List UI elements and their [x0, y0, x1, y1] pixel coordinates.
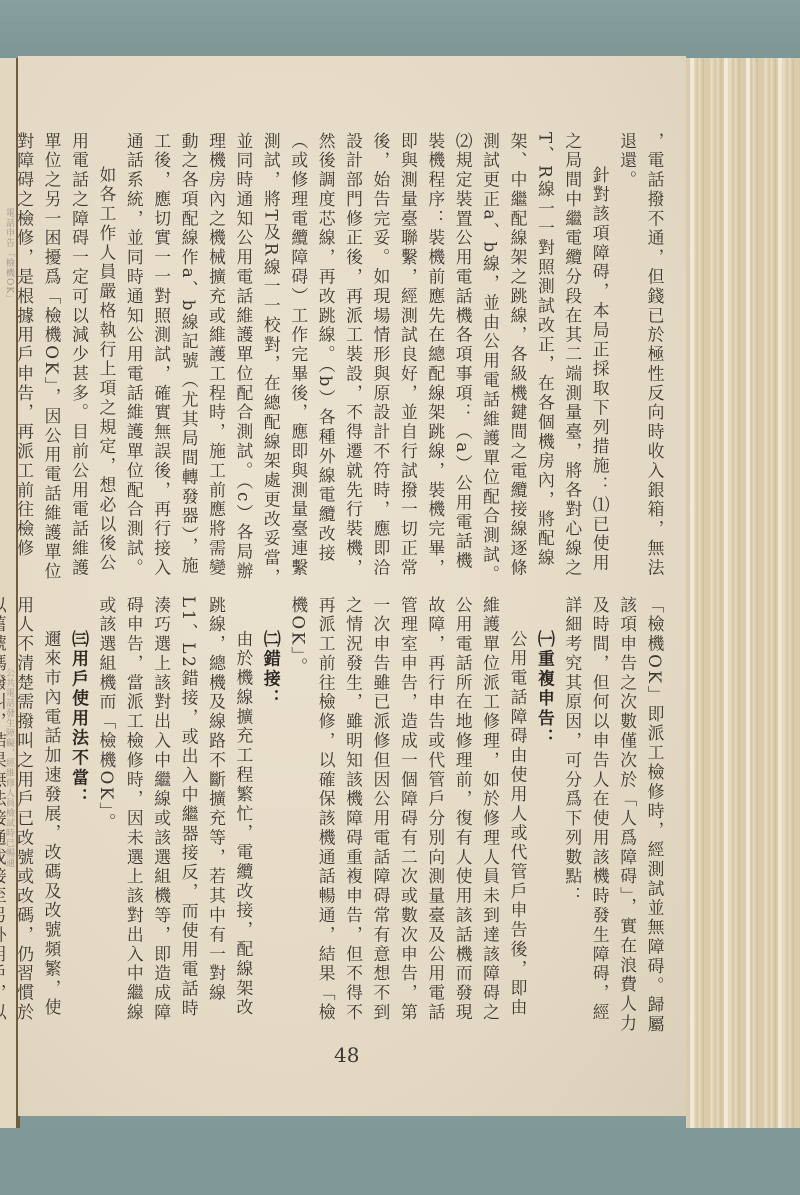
stacked-page-edges: [686, 58, 800, 1128]
paragraph-repeated-report: 公用電話障碍由使用人或代管戶申告後，即由維護單位派工修理，如於修理人員未到達該障…: [284, 596, 531, 1036]
page-edge-strip: [746, 58, 750, 1128]
paragraph-continuation: ，電話撥不通，但錢已於極性反向時收入銀箱，無法退還。: [613, 132, 668, 588]
paragraph-misconnection: 由於機線擴充工程繁忙，電纜改接，配線架改跳線，總機及線路不斷擴充等，若其中有一對…: [92, 596, 256, 1036]
heading-misconnection: ㈡錯接：: [257, 596, 284, 1036]
lower-text-section: 「檢機OK」即派工檢修時，經測試並無障碍。歸屬該項申告之次數僅次於「人爲障碍」，…: [0, 596, 668, 1036]
paragraph-check-ok-intro: 如各工作人員嚴格執行上項之規定，想必以後公用電話之障碍一定可以減少甚多。目前公用…: [10, 132, 120, 588]
page-edge-strip: [690, 58, 694, 1128]
heading-improper-use: ㈢用戶使用法不當：: [65, 596, 92, 1036]
heading-repeated-report: ㈠重複申告：: [531, 596, 558, 1036]
background-surface-bottom: [0, 1128, 800, 1195]
paragraph-check-ok-continuation: 「檢機OK」即派工檢修時，經測試並無障碍。歸屬該項申告之次數僅次於「人爲障碍」，…: [558, 596, 668, 1036]
page-edge-strip: [778, 58, 782, 1128]
page-number: 48: [334, 1043, 359, 1067]
upper-text-section: ，電話撥不通，但錢已於極性反向時收入銀箱，無法退還。 針對該項障碍，本局正採取下…: [10, 132, 668, 588]
page-edge-strip: [724, 58, 728, 1128]
paragraph-improper-use: 邇來市內電話加速發展，改碼及改號頻繁，使用人不清楚需撥叫之用戶已改號或改碼，仍習…: [0, 596, 65, 1036]
paragraph-measures: 針對該項障碍，本局正採取下列措施：⑴已使用之局間中繼電纜分段在其二端測量臺，將各…: [120, 132, 613, 588]
background-surface-top: [0, 0, 800, 58]
